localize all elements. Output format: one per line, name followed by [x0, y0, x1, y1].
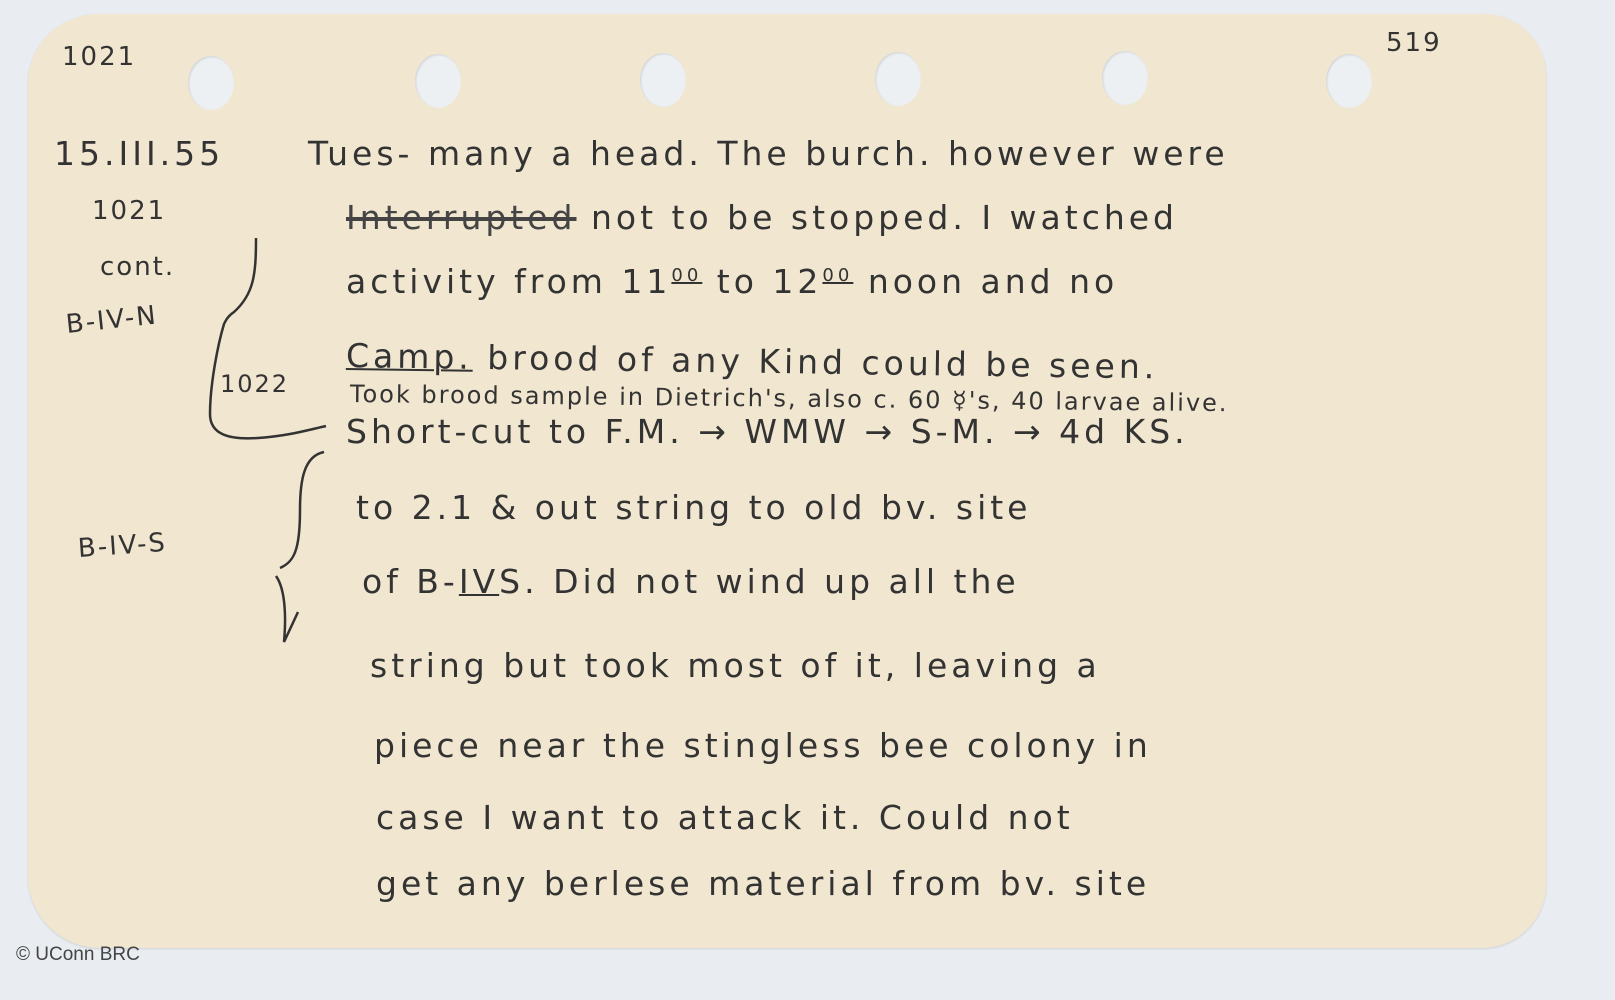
- body-line-3: activity from 1100 to 1200 noon and no: [346, 262, 1118, 301]
- body-line-6: Short-cut to F.M. → WMW → S-M. → 4d KS.: [346, 412, 1189, 451]
- body-line-7: to 2.1 & out string to old bv. site: [356, 488, 1031, 527]
- margin-cont: cont.: [100, 252, 175, 282]
- entry-date: 15.III.55: [54, 134, 224, 173]
- brace-south-icon: [268, 450, 328, 650]
- body-line-4: Camp. brood of any Kind could be seen.: [346, 336, 1159, 386]
- body-line-9: string but took most of it, leaving a: [370, 646, 1101, 685]
- binder-hole: [1102, 51, 1148, 105]
- binder-hole: [188, 56, 234, 110]
- binder-hole: [415, 54, 461, 108]
- page-number: 519: [1386, 28, 1442, 58]
- card-number: 1021: [62, 42, 136, 72]
- body-line-8: of B-IVS. Did not wind up all the: [362, 562, 1020, 601]
- body-line-2: Interrupted not to be stopped. I watched: [346, 198, 1178, 237]
- margin-site-north: B-IV-N: [64, 300, 159, 339]
- copyright-notice: © UConn BRC: [16, 944, 140, 966]
- brace-north-icon: [198, 234, 338, 454]
- body-line-12: get any berlese material from bv. site: [376, 864, 1150, 903]
- body-line-10: piece near the stingless bee colony in: [374, 726, 1152, 765]
- binder-hole: [1326, 54, 1372, 108]
- body-line-11: case I want to attack it. Could not: [376, 798, 1074, 837]
- struck-word: Interrupted: [346, 198, 577, 237]
- margin-entry-1021: 1021: [92, 196, 166, 226]
- body-line-1: Tues- many a head. The burch. however we…: [308, 134, 1229, 173]
- binder-hole: [875, 52, 921, 106]
- margin-site-south: B-IV-S: [77, 528, 168, 564]
- index-card: 1021 519 15.III.55 1021 cont. B-IV-N 102…: [28, 14, 1546, 948]
- binder-hole: [640, 53, 686, 107]
